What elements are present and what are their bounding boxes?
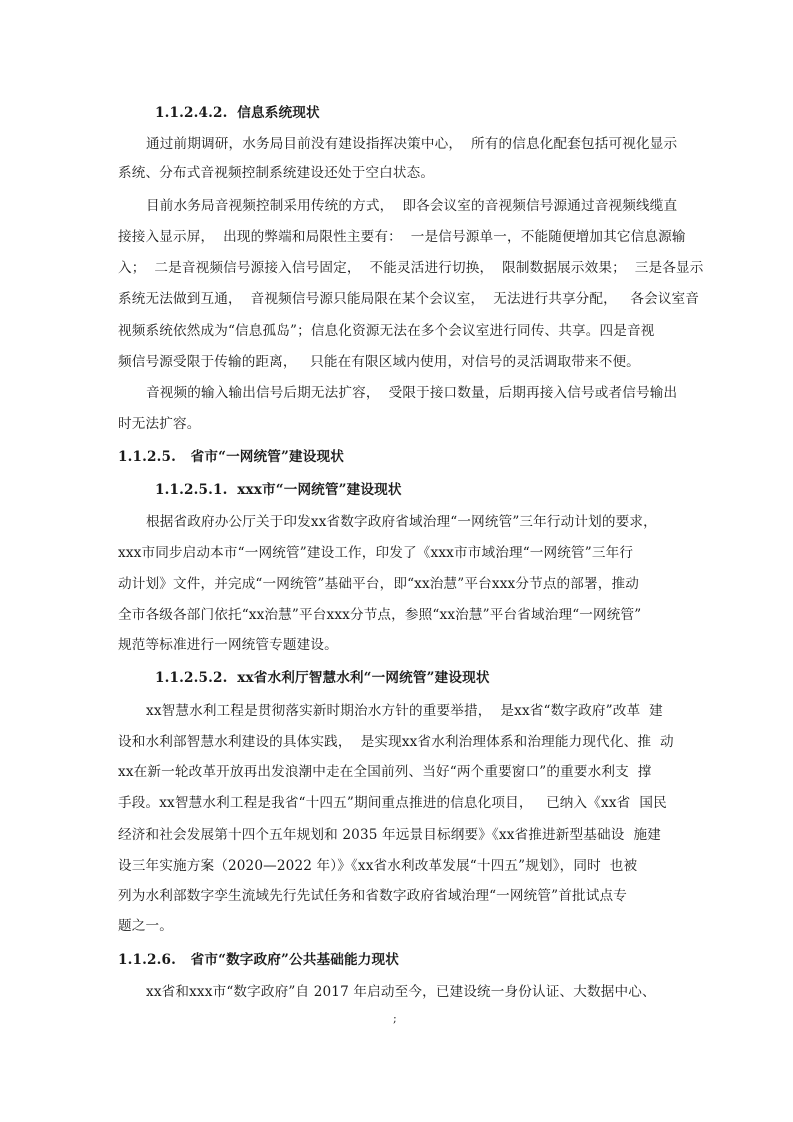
paragraph-line: 视频系统依然成为“信息孤岛”；信息化资源无法在多个会议室进行同传、共享。四是音视 [118, 321, 654, 341]
paragraph-line: xx省和xxx市“数字政府”自 2017 年启动至今，已建设统一身份认证、大数据… [146, 982, 656, 1002]
paragraph-line: 规范等标准进行一网统管专题建设。 [118, 635, 338, 655]
paragraph-line: 根据省政府办公厅关于印发xx省数字政府省域治理“一网统管”三年行动计划的要求， [146, 512, 657, 532]
paragraph-line: 动计划》文件，并完成“一网统管”基础平台，即“xx治慧”平台xxx分节点的部署，… [118, 574, 639, 594]
paragraph-line: xx在新一轮改革开放再出发浪潮中走在全国前列、当好“两个重要窗口”的重要水利支 … [118, 762, 652, 782]
section-heading: 1.1.2.6. 省市“数字政府”公共基础能力现状 [118, 950, 399, 970]
paragraph-line: xxx市同步启动本市“一网统管”建设工作，印发了《xxx市市域治理“一网统管”三… [118, 543, 633, 563]
page-footer: ; [393, 1012, 397, 1025]
section-heading: 1.1.2.4.2. 信息系统现状 [155, 103, 320, 123]
section-heading: 1.1.2.5.1. xxx市“一网统管”建设现状 [155, 480, 402, 500]
section-heading: 1.1.2.5. 省市“一网统管”建设现状 [118, 447, 344, 467]
paragraph-line: 目前水务局音视频控制采用传统的方式， 即各会议室的音视频信号源通过音视频线缆直 [146, 196, 677, 216]
paragraph-line: 入； 二是音视频信号源接入信号固定， 不能灵活进行切换， 限制数据展示效果； 三… [118, 258, 704, 278]
paragraph-line: 设和水利部智慧水利建设的具体实践， 是实现xx省水利治理体系和治理能力现代化、推… [118, 732, 674, 752]
paragraph-line: 系统无法做到互通， 音视频信号源只能局限在某个会议室， 无法进行共享分配， 各会… [118, 289, 699, 309]
paragraph-line: 手段。xx智慧水利工程是我省“十四五”期间重点推进的信息化项目， 已纳入《xx省… [118, 793, 667, 813]
paragraph-line: 设三年实施方案（2020—2022 年）》《xx省水利改革发展“十四五”规划》，… [118, 856, 637, 876]
paragraph-line: 通过前期调研，水务局目前没有建设指挥决策中心， 所有的信息化配套包括可视化显示 [146, 134, 677, 154]
paragraph-line: 题之一。 [118, 916, 173, 936]
document-page: 1.1.2.4.2. 信息系统现状通过前期调研，水务局目前没有建设指挥决策中心，… [0, 0, 793, 1122]
paragraph-line: 频信号源受限于传输的距离， 只能在有限区域内使用，对信号的灵活调取带来不便。 [118, 352, 640, 372]
paragraph-line: 时无法扩容。 [118, 414, 200, 434]
paragraph-line: 全市各级各部门依托“xx治慧”平台xxx分节点，参照“xx治慧”平台省域治理“一… [118, 605, 641, 625]
paragraph-line: xx智慧水利工程是贯彻落实新时期治水方针的重要举措， 是xx省“数字政府”改革 … [146, 701, 663, 721]
paragraph-line: 音视频的输入输出信号后期无法扩容， 受限于接口数量，后期再接入信号或者信号输出 [146, 383, 677, 403]
section-heading: 1.1.2.5.2. xx省水利厅智慧水利“一网统管”建设现状 [155, 668, 490, 688]
paragraph-line: 列为水利部数字孪生流域先行先试任务和省数字政府省域治理“一网统管”首批试点专 [118, 886, 627, 906]
paragraph-line: 接接入显示屏， 出现的弊端和局限性主要有： 一是信号源单一，不能随便增加其它信息… [118, 227, 686, 247]
paragraph-line: 系统、分布式音视频控制系统建设还处于空白状态。 [118, 163, 434, 183]
paragraph-line: 经济和社会发展第十四个五年规划和 2035 年远景目标纲要》《xx省推进新型基础… [118, 825, 661, 845]
